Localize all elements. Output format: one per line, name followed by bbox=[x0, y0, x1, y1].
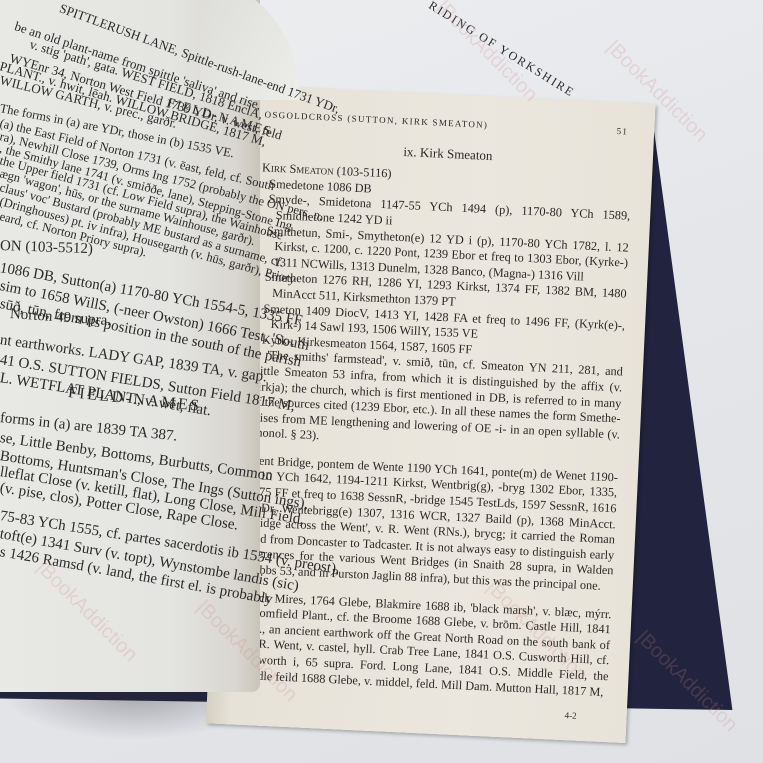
left-running-head: RIDING OF YORKSHIRE bbox=[425, 0, 579, 102]
etymology-paragraph: 'The smiths' farmstead', v. smið, tūn, c… bbox=[249, 347, 623, 458]
running-head-title: OSGOLDCROSS (SUTTON, KIRK SMEATON) bbox=[264, 107, 488, 133]
left-line: ON (103-5512) bbox=[0, 236, 93, 259]
minor-names-paragraph: Black Mires, 1764 Glebe, Blakmire 1688 i… bbox=[238, 589, 612, 700]
signature-mark: 4-2 bbox=[237, 693, 607, 726]
page-number: 51 bbox=[616, 124, 628, 140]
